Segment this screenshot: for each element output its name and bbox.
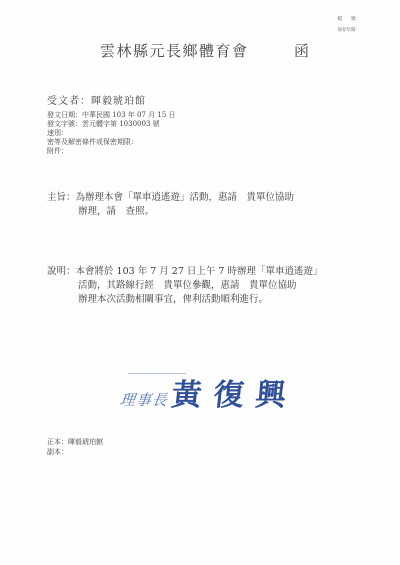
description-text-1: 本會將於 103 年 7 月 27 日上午 7 時辦理「單車逍遙遊」 (76, 266, 323, 277)
signer-name: 黃復興 (170, 370, 301, 414)
issue-number-label: 發文字號： (47, 120, 82, 128)
description-text-2: 活動，其路線行經 貴單位參觀，惠請 貴單位協助 (47, 279, 322, 293)
confidentiality-label: 密等及解密條件或保密期限： (47, 138, 138, 146)
copy-recipient-line: 副本： (47, 448, 103, 458)
copy-label: 副本： (47, 448, 68, 456)
signature-stamp: 理事長黃復興 (120, 370, 298, 414)
original-recipient-line: 正本：暉毅琥珀館 (47, 438, 103, 448)
subject-text-1: 為辦理本會「單車逍遙遊」活動，惠請 貴單位協助 (76, 192, 295, 203)
issue-date-value: 中華民國 103 年 07 月 15 日 (82, 111, 176, 119)
recipient-line: 受文者：暉毅琥珀館 (47, 92, 146, 107)
issue-date-label: 發文日期： (47, 111, 82, 119)
retention-period-label: 保存年限： (338, 25, 361, 36)
issue-date-line: 發文日期：中華民國 103 年 07 月 15 日 (47, 111, 176, 120)
subject-line-1: 主旨：為辦理本會「單車逍遙遊」活動，惠請 貴單位協助 (47, 191, 294, 205)
document-type: 函 (294, 40, 309, 61)
original-value: 暉毅琥珀館 (68, 438, 103, 446)
issue-number-line: 發文字號：雲元體字第 1030003 號 (47, 120, 176, 129)
confidentiality-line: 密等及解密條件或保密期限： (47, 138, 176, 147)
distribution-block: 正本：暉毅琥珀館 副本： (47, 438, 103, 457)
original-label: 正本： (47, 438, 68, 446)
organization-title: 雲林縣元長鄉體育會 (100, 40, 249, 61)
file-meta: 檔 號： 保存年限： (338, 14, 361, 36)
recipient-value: 暉毅琥珀館 (91, 96, 146, 107)
description-label: 說明： (47, 265, 76, 279)
urgency-line: 速別： (47, 129, 176, 138)
subject-section: 主旨：為辦理本會「單車逍遙遊」活動，惠請 貴單位協助 辦理，請 查照。 (47, 191, 294, 219)
subject-label: 主旨： (47, 191, 76, 205)
urgency-label: 速別： (47, 129, 68, 137)
attachment-label: 附件： (47, 147, 68, 155)
description-line-1: 說明：本會將於 103 年 7 月 27 日上午 7 時辦理「單車逍遙遊」 (47, 265, 322, 279)
file-number-label: 檔 號： (338, 14, 361, 25)
issue-info: 發文日期：中華民國 103 年 07 月 15 日 發文字號：雲元體字第 103… (47, 111, 176, 156)
subject-text-2: 辦理，請 查照。 (47, 205, 294, 219)
description-text-3: 辦理本次活動相關事宜，俾利活動順利進行。 (47, 293, 322, 307)
description-section: 說明：本會將於 103 年 7 月 27 日上午 7 時辦理「單車逍遙遊」 活動… (47, 265, 322, 307)
signer-role: 理事長 (119, 389, 169, 410)
issue-number-value: 雲元體字第 1030003 號 (82, 120, 160, 128)
recipient-label: 受文者： (47, 96, 91, 107)
attachment-line: 附件： (47, 147, 176, 156)
official-letter-page: 檔 號： 保存年限： 雲林縣元長鄉體育會 函 受文者：暉毅琥珀館 發文日期：中華… (0, 0, 400, 565)
